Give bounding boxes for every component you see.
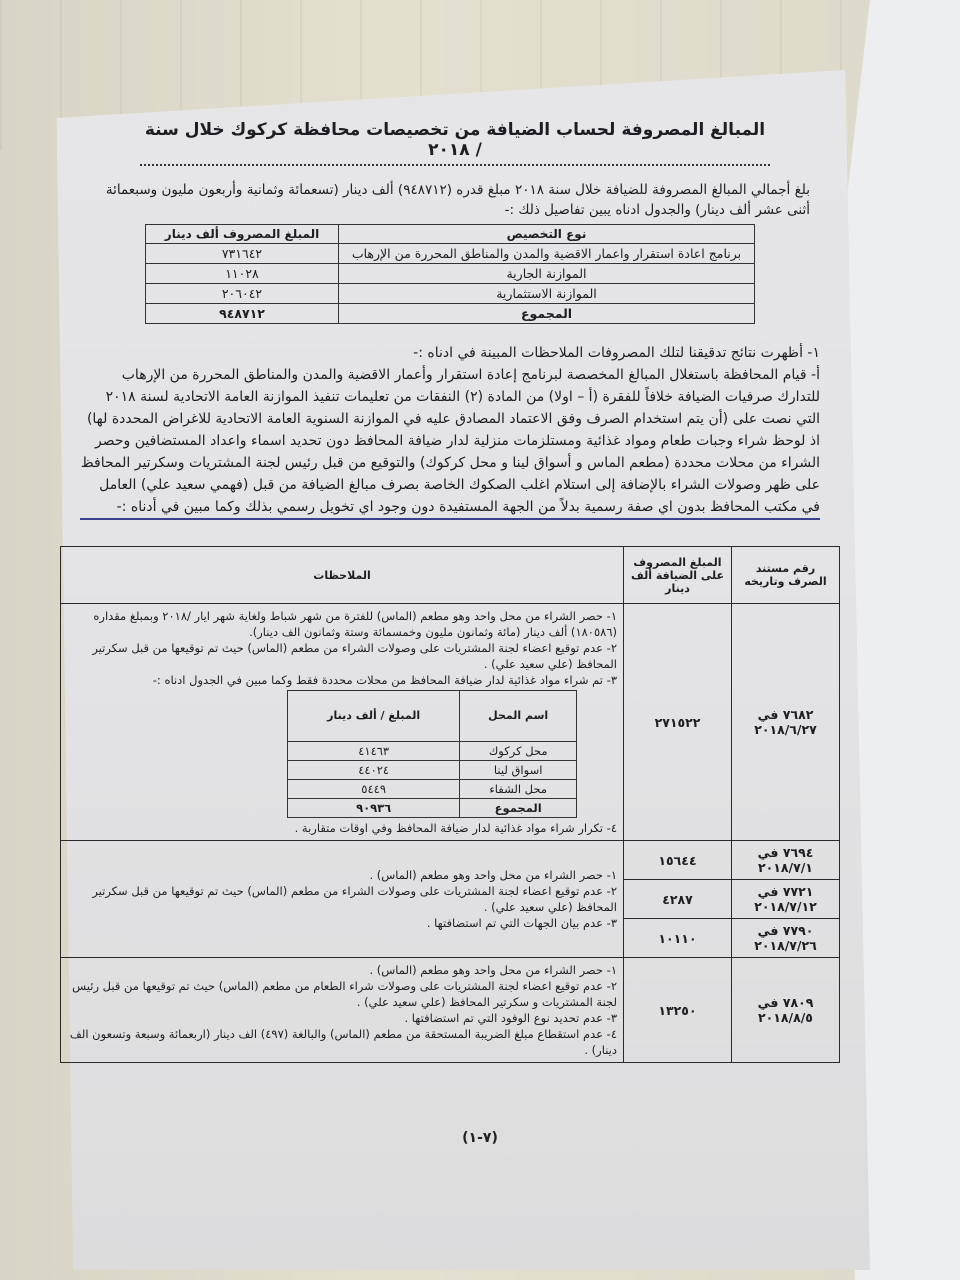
allocation-type: برنامج اعادة استقرار واعمار الاقضية والم…: [339, 244, 755, 264]
table-row: محل كركوك ٤١٤٦٣: [288, 742, 577, 761]
table-row: الموازنة الاستثمارية ٢٠٦٠٤٢: [146, 284, 755, 304]
note-item: ٢- عدم توقيع اعضاء لجنة المشتريات على وص…: [67, 883, 617, 915]
column-header-amount: المبلغ المصروف على الضيافة ألف دينار: [624, 547, 732, 604]
notes-cell: ١- حصر الشراء من محل واحد وهو مطعم (الما…: [61, 841, 624, 958]
voucher-number: ٧٦٨٢ في: [738, 707, 833, 722]
note-item: ٣- عدم بيان الجهات التي تم استضافتها .: [67, 915, 617, 931]
section-1-heading: ١- أظهرت نتائج تدقيقنا لتلك المصروفات ال…: [80, 342, 820, 364]
voucher-cell: ٧٧٢١ في ٢٠١٨/٧/١٢: [732, 880, 840, 919]
amount-cell: ٤٢٨٧: [624, 880, 732, 919]
table-row: محل الشفاء ٥٤٤٩: [288, 780, 577, 799]
shop-amount: ٤١٤٦٣: [288, 742, 460, 761]
shop-amount: ٥٤٤٩: [288, 780, 460, 799]
table-row: ٧٨٠٩ في ٢٠١٨/٨/٥ ١٣٢٥٠ ١- حصر الشراء من …: [61, 958, 840, 1063]
column-header-shop: اسم المحل: [460, 691, 577, 742]
document-title: المبالغ المصروفة لحساب الضيافة من تخصيصا…: [140, 120, 770, 166]
shop-name: محل كركوك: [460, 742, 577, 761]
table-row: برنامج اعادة استقرار واعمار الاقضية والم…: [146, 244, 755, 264]
voucher-cell: ٧٦٨٢ في ٢٠١٨/٦/٢٧: [732, 604, 840, 841]
allocation-type: الموازنة الاستثمارية: [339, 284, 755, 304]
section-1-paragraph: أ- قيام المحافظة باستغلال المبالغ المخصص…: [80, 364, 820, 520]
shops-table: اسم المحل المبلغ / ألف دينار محل كركوك ٤…: [287, 690, 577, 818]
table-row: اسواق لينا ٤٤٠٢٤: [288, 761, 577, 780]
allocation-summary-table: نوع التخصيص المبلغ المصروف ألف دينار برن…: [145, 224, 755, 324]
voucher-date: ٢٠١٨/٦/٢٧: [738, 722, 833, 737]
voucher-date: ٢٠١٨/٨/٥: [738, 1010, 833, 1025]
note-item: ٢- عدم توقيع اعضاء لجنة المشتريات على وص…: [67, 978, 617, 1010]
total-label: المجموع: [460, 799, 577, 818]
voucher-number: ٧٦٩٤ في: [738, 845, 833, 860]
note-item: ٤- تكرار شراء مواد غذائية لدار ضيافة الم…: [67, 820, 617, 836]
voucher-number: ٧٨٠٩ في: [738, 995, 833, 1010]
note-item: ٣- عدم تحديد نوع الوفود التي تم استضافته…: [67, 1010, 617, 1026]
allocation-type: الموازنة الجارية: [339, 264, 755, 284]
column-header-allocation-type: نوع التخصيص: [339, 225, 755, 244]
column-header-notes: الملاحظات: [61, 547, 624, 604]
voucher-cell: ٧٧٩٠ في ٢٠١٨/٧/٢٦: [732, 919, 840, 958]
note-item: ١- حصر الشراء من محل واحد وهو مطعم (الما…: [67, 867, 617, 883]
document-content: المبالغ المصروفة لحساب الضيافة من تخصيصا…: [60, 120, 840, 1063]
notes-cell: ١- حصر الشراء من محل واحد وهو مطعم (الما…: [61, 604, 624, 841]
table-row: ٧٦٩٤ في ٢٠١٨/٧/١ ١٥٦٤٤ ١- حصر الشراء من …: [61, 841, 840, 880]
voucher-number: ٧٧٩٠ في: [738, 923, 833, 938]
page-number: (٧-١): [400, 1130, 560, 1146]
voucher-number: ٧٧٢١ في: [738, 884, 833, 899]
amount-cell: ١٠١١٠: [624, 919, 732, 958]
table-row-total: المجموع ٩٤٨٧١٢: [146, 304, 755, 324]
note-item: ١- حصر الشراء من محل واحد وهو مطعم (الما…: [67, 962, 617, 978]
voucher-date: ٢٠١٨/٧/١٢: [738, 899, 833, 914]
section-1: ١- أظهرت نتائج تدقيقنا لتلك المصروفات ال…: [80, 342, 820, 520]
note-item: ٤- عدم استقطاع مبلغ الضريبة المستحقة من …: [67, 1026, 617, 1058]
total-amount: ٩٤٨٧١٢: [146, 304, 339, 324]
voucher-date: ٢٠١٨/٧/١: [738, 860, 833, 875]
shop-name: محل الشفاء: [460, 780, 577, 799]
table-row-total: المجموع ٩٠٩٣٦: [288, 799, 577, 818]
voucher-cell: ٧٨٠٩ في ٢٠١٨/٨/٥: [732, 958, 840, 1063]
total-label: المجموع: [339, 304, 755, 324]
table-row: ٧٦٨٢ في ٢٠١٨/٦/٢٧ ٢٧١٥٢٢ ١- حصر الشراء م…: [61, 604, 840, 841]
intro-paragraph: بلغ أجمالي المبالغ المصروفة للضيافة خلال…: [100, 180, 810, 220]
findings-table: رقم مستند الصرف وتاريخه المبلغ المصروف ع…: [60, 546, 840, 1063]
shop-amount: ٤٤٠٢٤: [288, 761, 460, 780]
shop-name: اسواق لينا: [460, 761, 577, 780]
notes-cell: ١- حصر الشراء من محل واحد وهو مطعم (الما…: [61, 958, 624, 1063]
amount-cell: ١٥٦٤٤: [624, 841, 732, 880]
column-header-amount: المبلغ / ألف دينار: [288, 691, 460, 742]
amount-cell: ٢٧١٥٢٢: [624, 604, 732, 841]
note-item: ١- حصر الشراء من محل واحد وهو مطعم (الما…: [67, 608, 617, 640]
voucher-date: ٢٠١٨/٧/٢٦: [738, 938, 833, 953]
allocation-amount: ٢٠٦٠٤٢: [146, 284, 339, 304]
column-header-voucher: رقم مستند الصرف وتاريخه: [732, 547, 840, 604]
note-item: ٣- تم شراء مواد غذائية لدار ضيافة المحاف…: [67, 672, 617, 688]
amount-cell: ١٣٢٥٠: [624, 958, 732, 1063]
allocation-amount: ١١٠٢٨: [146, 264, 339, 284]
table-row: الموازنة الجارية ١١٠٢٨: [146, 264, 755, 284]
allocation-amount: ٧٣١٦٤٢: [146, 244, 339, 264]
note-item: ٢- عدم توقيع اعضاء لجنة المشتريات على وص…: [67, 640, 617, 672]
column-header-amount: المبلغ المصروف ألف دينار: [146, 225, 339, 244]
voucher-cell: ٧٦٩٤ في ٢٠١٨/٧/١: [732, 841, 840, 880]
total-amount: ٩٠٩٣٦: [288, 799, 460, 818]
